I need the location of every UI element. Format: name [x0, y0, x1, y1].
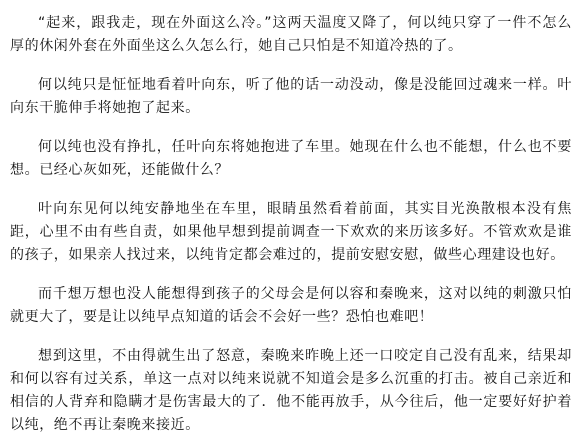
paragraph-5: 而千想万想也没人能想得到孩子的父母会是何以容和秦晚来，这对以纯的刺激只怕就更大了… — [10, 283, 572, 329]
paragraph-6: 想到这里，不由得就生出了怒意，秦晚来昨晚上还一口咬定自己没有乱来，结果却和何以容… — [10, 345, 572, 437]
paragraph-4: 叶向东见何以纯安静地坐在车里，眼睛虽然看着前面，其实目光涣散根本没有焦距，心里不… — [10, 198, 572, 267]
paragraph-3: 何以纯也没有挣扎，任叶向东将她抱进了车里。她现在什么也不能想，什么也不要想。已经… — [10, 136, 572, 182]
document-body: “起来，跟我走，现在外面这么冷。”这两天温度又降了，何以纯只穿了一件不怎么厚的休… — [10, 12, 572, 447]
paragraph-1: “起来，跟我走，现在外面这么冷。”这两天温度又降了，何以纯只穿了一件不怎么厚的休… — [10, 12, 572, 58]
paragraph-2: 何以纯只是怔怔地看着叶向东，听了他的话一动没动，像是没能回过魂来一样。叶向东干脆… — [10, 74, 572, 120]
